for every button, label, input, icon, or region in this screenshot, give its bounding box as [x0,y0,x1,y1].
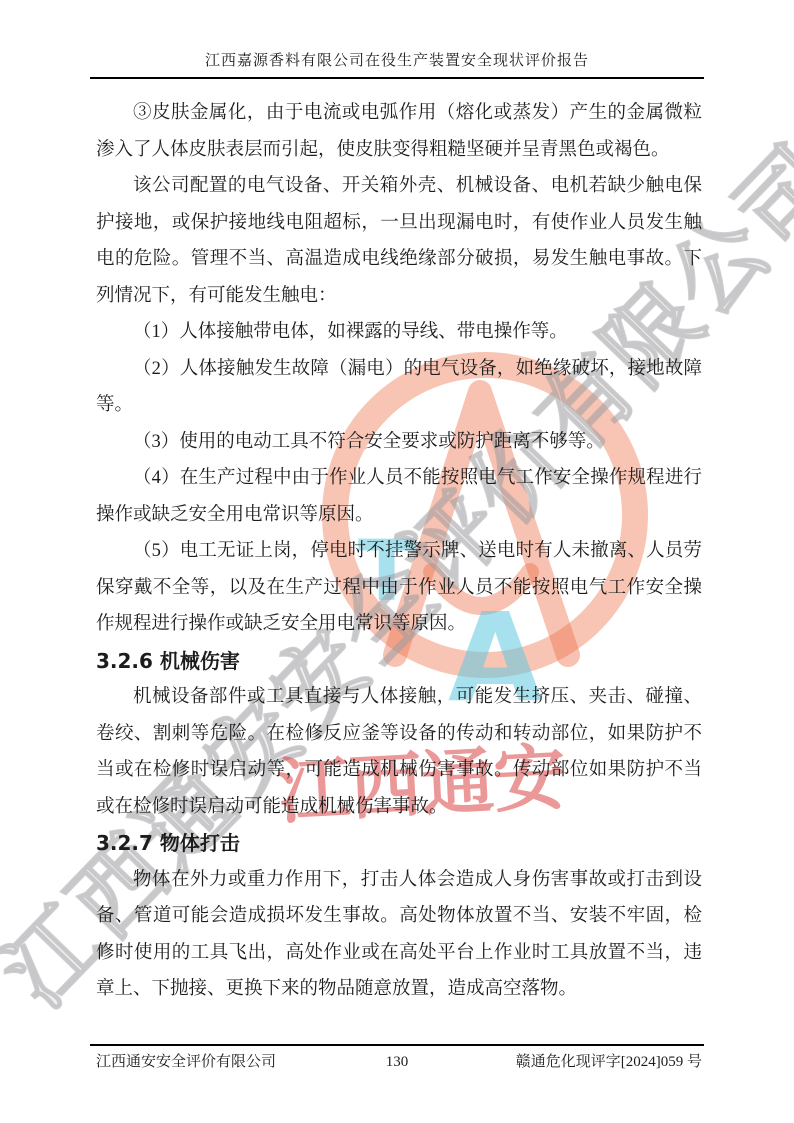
section-heading-object-strike: 3.2.7 物体打击 [96,825,702,862]
list-item-2: （2）人体接触发生故障（漏电）的电气设备，如绝缘破坏，接地故障等。 [96,351,702,424]
section-heading-mechanical-injury: 3.2.6 机械伤害 [96,643,702,680]
list-item-4: （4）在生产过程中由于作业人员不能按照电气工作安全操作规程进行操作或缺乏安全用电… [96,460,702,533]
list-item-5: （5）电工无证上岗，停电时不挂警示牌、送电时有人未撤离、人员劳保穿戴不全等，以及… [96,533,702,643]
paragraph-skin-metalization: ③皮肤金属化，由于电流或电弧作用（熔化或蒸发）产生的金属微粒渗入了人体皮肤表层而… [96,95,702,168]
document-page: T A 江西通安安全评价有限公司 江西通安 江西嘉源香料有限公司在役生产装置安全… [0,0,794,1123]
footer-page-number: 130 [386,1053,409,1071]
document-body: ③皮肤金属化，由于电流或电弧作用（熔化或蒸发）产生的金属微粒渗入了人体皮肤表层而… [96,95,702,1008]
footer-doc-number: 赣通危化现评字[2024]059 号 [516,1053,702,1071]
list-item-1: （1）人体接触带电体，如裸露的导线、带电操作等。 [96,314,702,351]
footer-company: 江西通安安全评价有限公司 [96,1053,276,1071]
report-title: 江西嘉源香料有限公司在役生产装置安全现状评价报告 [205,53,589,69]
paragraph-object-strike: 物体在外力或重力作用下，打击人体会造成人身伤害事故或打击到设备、管道可能会造成损… [96,862,702,1008]
paragraph-electric-shock: 该公司配置的电气设备、开关箱外壳、机械设备、电机若缺少触电保护接地，或保护接地线… [96,168,702,314]
page-footer: 江西通安安全评价有限公司 130 赣通危化现评字[2024]059 号 [90,1044,704,1053]
paragraph-mechanical-injury: 机械设备部件或工具直接与人体接触，可能发生挤压、夹击、碰撞、卷绞、割刺等危险。在… [96,679,702,825]
page-header: 江西嘉源香料有限公司在役生产装置安全现状评价报告 [90,50,704,79]
list-item-3: （3）使用的电动工具不符合安全要求或防护距离不够等。 [96,424,702,461]
